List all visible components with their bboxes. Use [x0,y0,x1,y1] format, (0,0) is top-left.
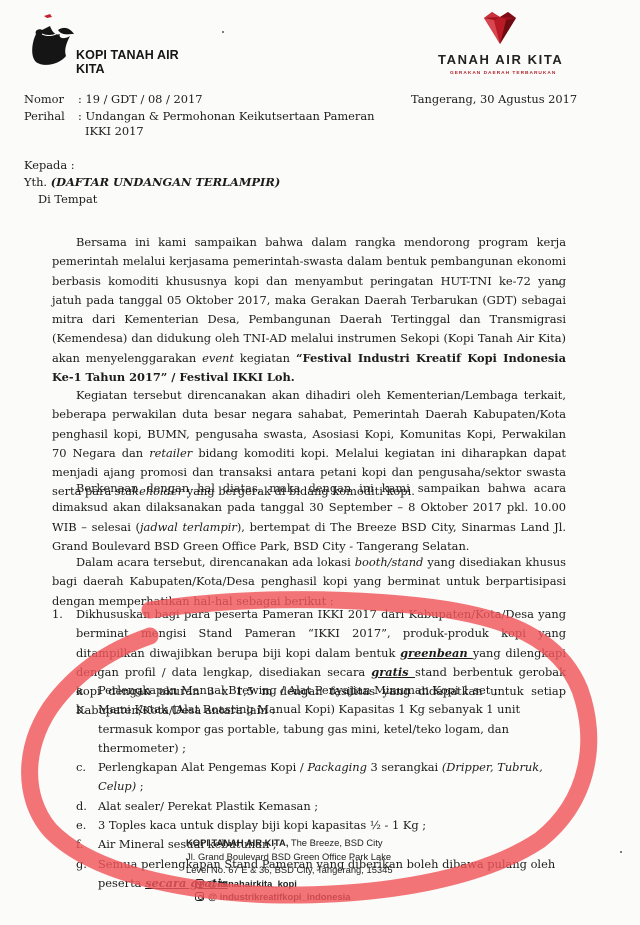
yth-label: Yth. [24,175,47,189]
scan-speck [222,31,224,33]
nomor-label: Nomor [24,92,78,107]
sublist-text-b: 3 serangkai [367,760,442,774]
sublist-letter: g. [76,855,87,874]
packaging-term: Packaging [307,760,367,774]
place-date: Tangerang, 30 Agustus 2017 [411,92,577,106]
sublist-item-d: d. Alat sealer/ Perekat Plastik Kemasan … [76,797,566,816]
p4-text: Dalam acara tersebut, direncanakan ada l… [76,555,355,569]
p1-text: Bersama ini kami sampaikan bahwa dalam r… [52,235,566,365]
left-brand-name: KOPI TANAH AIR KITA [76,48,210,76]
instagram-link-2[interactable]: @ industrikreatifkopi_indonesia [186,890,393,904]
sublist-item-a: a. Perlengkapan Manual Brewing / Alat Pe… [76,681,566,700]
footer-org: KOPI TANAH AIR KITA, [186,837,288,848]
greenbean-term: greenbean [400,646,473,660]
p4-booth: booth/stand [355,555,424,569]
sublist-text: Alat sealer/ Perekat Plastik Kemasan ; [98,799,318,813]
letter-footer: KOPI TANAH AIR KITA, The Breeze, BSD Cit… [186,836,393,904]
sublist-text-c: ; [136,779,143,793]
sublist-text: Mami Kotak (Alat Roasting Manual Kopi) K… [98,702,520,755]
sublist-text: Perlengkapan Manual Brewing / Alat Penya… [98,683,498,697]
sublist-letter: d. [76,797,87,816]
paragraph-1: Bersama ini kami sampaikan bahwa dalam r… [52,233,566,387]
di-tempat: Di Tempat [24,192,280,207]
p2-retailer: retailer [149,446,192,460]
coffee-sack-ship-icon [30,12,76,70]
red-heart-gem-icon [480,10,520,46]
footer-org-location: The Breeze, BSD City [288,837,382,848]
paragraph-3: Berkenaan dengan hal diatas, maka dengan… [52,479,566,556]
sublist-item-c: c. Perlengkapan Alat Pengemas Kopi / Pac… [76,758,566,797]
instagram-handle-1: @ tanahairkita_kopi [208,877,297,891]
nomor-value: : 19 / GDT / 08 / 2017 [78,92,203,107]
scan-speck [558,283,560,285]
scan-speck [620,851,622,853]
p1-text-b: kegiatan [234,351,296,365]
footer-address-1: Jl. Grand Boulevard BSD Green Office Par… [186,850,393,864]
sublist-text: 3 Toples kaca untuk display biji kopi ka… [98,818,426,832]
p1-event: event [202,351,234,365]
paragraph-4: Dalam acara tersebut, direncanakan ada l… [52,553,566,611]
sublist-letter: c. [76,758,86,777]
letter-page: KOPI TANAH AIR KITA TANAH AIR KITA GERAK… [0,0,640,925]
perihal-value-line2: IKKI 2017 [78,124,144,139]
list-number: 1. [52,605,63,624]
sublist-text: Perlengkapan Alat Pengemas Kopi / [98,760,307,774]
sublist-item-e: e. 3 Toples kaca untuk display biji kopi… [76,816,566,835]
perihal-value: : Undangan & Permohonan Keikutsertaan Pa… [78,109,375,124]
footer-address-2: Level No. 67 E & 36, BSD City, Tangerang… [186,863,393,877]
sublist-item-b: b. Mami Kotak (Alat Roasting Manual Kopi… [76,700,566,758]
sublist-letter: a. [76,681,86,700]
instagram-handle-2: @ industrikreatifkopi_indonesia [208,890,351,904]
instagram-icon [195,892,204,901]
gratis-term: gratis [371,665,415,679]
instagram-icon [195,879,204,888]
sublist-letter: f. [76,835,83,854]
recipient-block: Kepada : Yth. (DAFTAR UNDANGAN TERLAMPIR… [24,158,280,207]
sublist-letter: b. [76,700,87,719]
letter-meta: Nomor : 19 / GDT / 08 / 2017 Perihal : U… [24,92,375,139]
tanah-air-kita-logo: TANAH AIR KITA GERAKAN DAERAH TERBARUKAN [432,8,612,78]
p3-jadwal: jadwal terlampir [140,520,237,534]
perihal-label: Perihal [24,109,78,124]
right-brand-name: TANAH AIR KITA [438,52,563,67]
right-brand-tagline: GERAKAN DAERAH TERBARUKAN [450,71,556,76]
kepada-label: Kepada : [24,158,280,173]
kopi-tanah-air-kita-logo: KOPI TANAH AIR KITA [30,12,210,72]
sublist-letter: e. [76,816,86,835]
recipient-list-ref: (DAFTAR UNDANGAN TERLAMPIR) [51,175,281,189]
instagram-link-1[interactable]: @ tanahairkita_kopi [186,877,393,891]
